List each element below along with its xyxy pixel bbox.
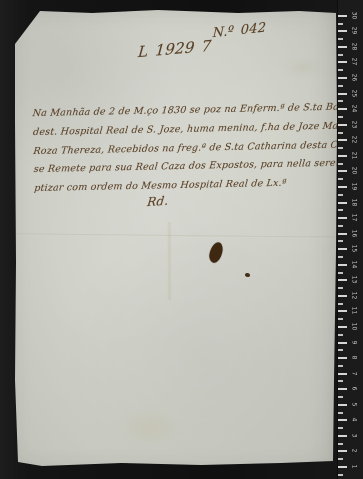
ruler-number: 17 — [351, 212, 358, 224]
ruler-half-tick — [338, 287, 343, 289]
paper-stain-bottom — [115, 405, 185, 450]
ruler-cm-tick — [338, 419, 347, 421]
ruler-cm-tick — [338, 93, 347, 95]
reference-annotation: L 1929 7 — [137, 37, 212, 62]
ruler-number: 2 — [351, 445, 358, 457]
ruler-number: 3 — [351, 429, 358, 441]
ruler-cm-tick — [338, 435, 347, 437]
ruler-cm-tick — [338, 170, 347, 172]
ruler-half-tick — [338, 54, 343, 56]
ruler-number: 13 — [351, 274, 358, 286]
ruler-half-tick — [338, 194, 343, 196]
ruler-cm-tick — [338, 77, 347, 79]
ruler-cm-tick — [338, 248, 347, 250]
ruler-number: 16 — [351, 227, 358, 239]
ruler-number: 4 — [351, 414, 358, 426]
ruler-cm-tick — [338, 373, 347, 375]
ruler-half-tick — [338, 412, 343, 414]
ruler-half-tick — [338, 23, 343, 25]
ruler-half-tick — [338, 349, 343, 351]
ruler-number: 30 — [351, 9, 358, 21]
ruler-cm-tick — [338, 61, 347, 63]
ruler-cm-tick — [338, 124, 347, 126]
ruler-number: 18 — [351, 196, 358, 208]
ruler-cm-tick — [338, 30, 347, 32]
ruler-half-tick — [338, 427, 343, 429]
ruler-half-tick — [338, 38, 343, 40]
ruler-number: 9 — [351, 336, 358, 348]
fold-crease-horizontal — [15, 233, 335, 238]
ruler-number: 29 — [351, 25, 358, 37]
document-page: N.º 042 L 1929 7 Na Manhãa de 2 de M.ço … — [0, 0, 340, 479]
ink-blot-large — [208, 241, 225, 264]
ruler-cm-tick — [338, 108, 347, 110]
ruler-cm-tick — [338, 155, 347, 157]
ruler-half-tick — [338, 69, 343, 71]
ruler-number: 19 — [351, 180, 358, 192]
ruler-number: 24 — [351, 103, 358, 115]
ruler-number: 22 — [351, 134, 358, 146]
ruler-half-tick — [338, 380, 343, 382]
ruler-number: 8 — [351, 352, 358, 364]
ruler-half-tick — [338, 147, 343, 149]
ruler-half-tick — [338, 209, 343, 211]
ruler-cm-tick — [338, 202, 347, 204]
ruler-number: 14 — [351, 258, 358, 270]
ruler-cm-tick — [338, 342, 347, 344]
ruler-cm-tick — [338, 404, 347, 406]
ruler-cm-tick — [338, 450, 347, 452]
ruler-number: 12 — [351, 289, 358, 301]
ruler-cm-tick — [338, 15, 347, 17]
paper-stain-top-right — [280, 55, 325, 80]
ruler-half-tick — [338, 334, 343, 336]
ruler-half-tick — [338, 458, 343, 460]
ruler-cm-tick — [338, 46, 347, 48]
ruler-half-tick — [338, 163, 343, 165]
ruler-half-tick — [338, 272, 343, 274]
ruler-number: 27 — [351, 56, 358, 68]
ruler-half-tick — [338, 443, 343, 445]
ruler-half-tick — [338, 178, 343, 180]
ruler-half-tick — [338, 303, 343, 305]
ruler-number: 10 — [351, 321, 358, 333]
ruler-cm-tick — [338, 279, 347, 281]
ruler-half-tick — [338, 474, 343, 476]
ruler-cm-tick — [338, 388, 347, 390]
ruler-number: 21 — [351, 149, 358, 161]
ruler-cm-tick — [338, 466, 347, 468]
ruler-cm-tick — [338, 310, 347, 312]
fold-crease-vertical — [167, 222, 172, 300]
ruler-number: 20 — [351, 165, 358, 177]
ruler-number: 23 — [351, 118, 358, 130]
ruler-number: 5 — [351, 398, 358, 410]
ruler-number: 15 — [351, 243, 358, 255]
ruler-cm-tick — [338, 233, 347, 235]
archival-number-annotation: N.º 042 — [212, 20, 266, 41]
ruler-half-tick — [338, 256, 343, 258]
ruler-half-tick — [338, 225, 343, 227]
ruler-half-tick — [338, 116, 343, 118]
ruler-half-tick — [338, 365, 343, 367]
ruler-half-tick — [338, 318, 343, 320]
ruler-cm-tick — [338, 295, 347, 297]
measurement-ruler: 3029282726252423222120191817161514131211… — [337, 0, 363, 479]
ruler-cm-tick — [338, 326, 347, 328]
ruler-cm-tick — [338, 357, 347, 359]
ruler-number: 6 — [351, 383, 358, 395]
ink-blot-small — [245, 273, 250, 277]
ruler-half-tick — [338, 85, 343, 87]
ruler-half-tick — [338, 396, 343, 398]
ruler-number: 28 — [351, 40, 358, 52]
manuscript-body: Na Manhãa de 2 de M.ço 1830 se poz na En… — [32, 102, 326, 202]
ruler-cm-tick — [338, 217, 347, 219]
ruler-number: 25 — [351, 87, 358, 99]
ruler-cm-tick — [338, 264, 347, 266]
ruler-cm-tick — [338, 139, 347, 141]
rubric-signature: Rd. — [147, 194, 170, 210]
ruler-number: 11 — [351, 305, 358, 317]
ruler-number: 26 — [351, 72, 358, 84]
ruler-number: 1 — [351, 461, 358, 473]
ruler-half-tick — [338, 100, 343, 102]
ruler-cm-tick — [338, 186, 347, 188]
ruler-number: 7 — [351, 367, 358, 379]
ruler-half-tick — [338, 240, 343, 242]
ruler-half-tick — [338, 132, 343, 134]
